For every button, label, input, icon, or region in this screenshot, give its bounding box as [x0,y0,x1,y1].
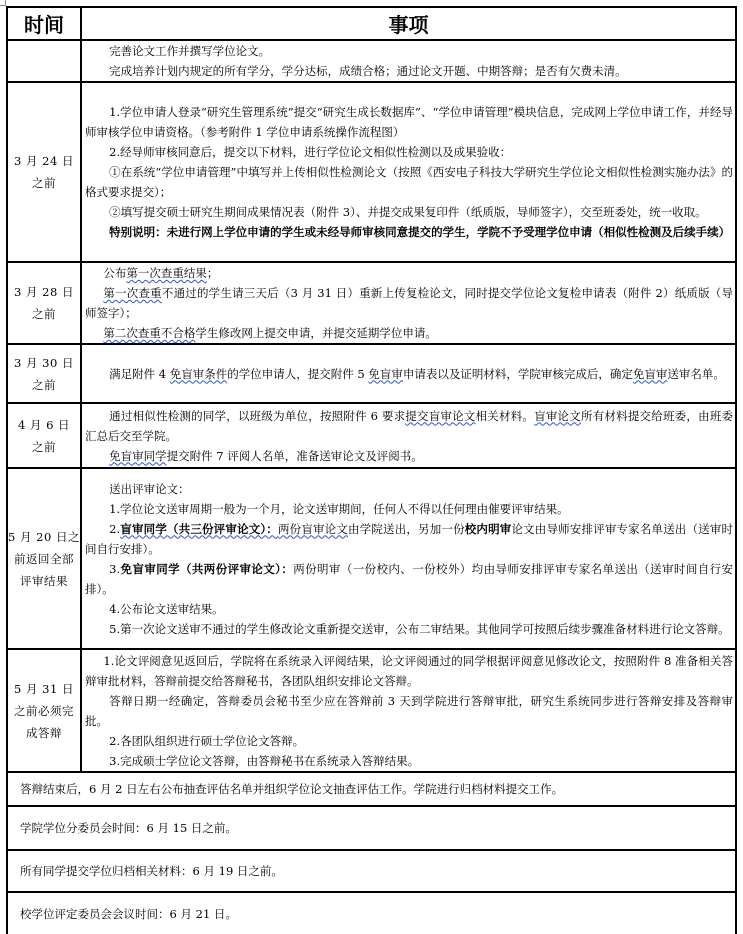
time-line: 5 月 20 日之 [8,526,80,548]
time-line: 3 月 30 日 [8,352,80,374]
time-line: 前返回全部 [8,548,80,570]
spellcheck-underline: 免盲审 [633,367,668,381]
table-row-full: 校学位评定委员会会议时间：6 月 21 日。 [7,892,736,934]
time-line: 之前必须完 [8,700,80,722]
time-line: 5 月 31 日 [8,678,80,700]
table-row: 3 月 30 日 之前 满足附件 4 免盲审条件的学位申请人，提交附件 5 免盲… [7,344,736,403]
header-time: 时间 [7,7,81,40]
time-line: 成答辩 [8,722,80,744]
item-line: 第二次查重不合格学生修改网上提交申请，并提交延期学位申请。 [85,323,733,343]
item-line: 送出评审论文： [85,479,733,499]
spellcheck-underline: 第二次查重不合格 [103,326,195,340]
item-line: 2.各团队组织进行硕士学位论文答辩。 [85,731,733,751]
time-cell: 3 月 30 日 之前 [7,344,81,403]
time-cell [7,40,81,82]
item-line: 第一次查重不通过的学生请三天后（3 月 31 日）重新上传复检论文，同时提交学位… [85,283,733,323]
time-line: 评审结果 [8,570,80,592]
full-cell: 所有同学提交学位归档相关材料：6 月 19 日之前。 [7,850,736,892]
item-line: ①在系统“学位申请管理”中填写并上传相似性检测论文（按照《西安电子科技大学研究生… [85,162,733,202]
time-cell: 3 月 28 日 之前 [7,262,81,344]
item-cell: 1.学位申请人登录“研究生管理系统”提交“研究生成长数据库”、“学位申请管理”模… [81,82,736,262]
table-row: 3 月 24 日 之前 1.学位申请人登录“研究生管理系统”提交“研究生成长数据… [7,82,736,262]
item-cell: 1.论文评阅意见返回后，学院将在系统录入评阅结果，论文评阅通过的同学根据评阅意见… [81,649,736,772]
time-line: 之前 [8,374,80,396]
spellcheck-underline: 免盲审同学 [109,449,167,463]
item-cell: 通过相似性检测的同学，以班级为单位，按照附件 6 要求提交盲审论文相关材料。盲审… [81,403,736,468]
item-line: 2.经导师审核同意后，提交以下材料，进行学位论文相似性检测以及成果验收： [85,142,733,162]
table-header-row: 时间 事项 [7,7,736,40]
full-cell: 学院学位分委员会时间：6 月 15 日之前。 [7,806,736,850]
item-line: 答辩日期一经确定，答辩委员会秘书至少应在答辩前 3 天到学院进行答辩审批，研究生… [85,691,733,731]
full-cell: 答辩结束后，6 月 2 日左右公布抽查评估名单并组织学位论文抽查评估工作。学院进… [7,772,736,806]
time-line: 之前 [8,436,80,458]
item-line: 完成培养计划内规定的所有学分，学分达标，成绩合格；通过论文开题、中期答辩；是否有… [85,61,733,81]
special-note: 特别说明：未进行网上学位申请的学生或未经导师审核同意提交的学生，学院不予受理学位… [85,222,733,242]
table-row: 4 月 6 日 之前 通过相似性检测的同学，以班级为单位，按照附件 6 要求提交… [7,403,736,468]
item-cell: 送出评审论文： 1.学位论文送审周期一般为一个月，论文送审期间，任何人不得以任何… [81,468,736,649]
item-line: 免盲审同学提交附件 7 评阅人名单，准备送审论文及评阅书。 [85,446,733,466]
item-cell: 完善论文工作并撰写学位论文。 完成培养计划内规定的所有学分，学分达标，成绩合格；… [81,40,736,82]
item-line: 5.第一次论文送审不通过的学生修改论文重新提交送审，公布二审结果。其他同学可按照… [85,619,733,639]
item-line: 通过相似性检测的同学，以班级为单位，按照附件 6 要求提交盲审论文相关材料。盲审… [85,406,733,446]
table-row: 5 月 31 日 之前必须完 成答辩 1.论文评阅意见返回后，学院将在系统录入评… [7,649,736,772]
spellcheck-underline: 两份盲审论文 [278,522,348,536]
table-row-full: 学院学位分委员会时间：6 月 15 日之前。 [7,806,736,850]
item-line: 4.公布论文送审结果。 [85,599,733,619]
spellcheck-underline: 第一次查重结果 [126,266,207,280]
item-cell: 满足附件 4 免盲审条件的学位申请人，提交附件 5 免盲审申请表以及证明材料，学… [81,344,736,403]
header-item: 事项 [81,7,736,40]
time-line: 3 月 28 日 [8,281,80,303]
item-cell: 公布第一次查重结果； 第一次查重不通过的学生请三天后（3 月 31 日）重新上传… [81,262,736,344]
spellcheck-underline: 提交盲审论文 [405,409,475,423]
time-line: 之前 [8,303,80,325]
spellcheck-underline: 免盲审条件 [170,367,228,381]
time-line: 3 月 24 日 [8,150,80,172]
item-line: 3.免盲审同学（共两份评审论文）：两份明审（一份校内、一份校外）均由导师安排评审… [85,559,733,599]
table-row: 3 月 28 日 之前 公布第一次查重结果； 第一次查重不通过的学生请三天后（3… [7,262,736,344]
item-line: 1.学位申请人登录“研究生管理系统”提交“研究生成长数据库”、“学位申请管理”模… [85,102,733,142]
item-line: 2.盲审同学（共三份评审论文）：两份盲审论文由学院送出，另加一份校内明审论文由导… [85,519,733,559]
schedule-table: 时间 事项 完善论文工作并撰写学位论文。 完成培养计划内规定的所有学分，学分达标… [6,6,737,934]
time-cell: 3 月 24 日 之前 [7,82,81,262]
item-line: 1.学位论文送审周期一般为一个月，论文送审期间，任何人不得以任何理由催要评审结果… [85,499,733,519]
time-cell: 4 月 6 日 之前 [7,403,81,468]
time-cell: 5 月 31 日 之前必须完 成答辩 [7,649,81,772]
time-line: 4 月 6 日 [8,414,80,436]
item-line: 3.完成硕士学位论文答辩，由答辩秘书在系统录入答辩结果。 [85,751,733,771]
spellcheck-underline: 盲审论文 [534,409,581,423]
time-line: 之前 [8,172,80,194]
spellcheck-underline: 免盲审 [368,367,403,381]
table-row-full: 答辩结束后，6 月 2 日左右公布抽查评估名单并组织学位论文抽查评估工作。学院进… [7,772,736,806]
spellcheck-underline: 第一次查重 [103,286,162,300]
table-row-full: 所有同学提交学位归档相关材料：6 月 19 日之前。 [7,850,736,892]
full-cell: 校学位评定委员会会议时间：6 月 21 日。 [7,892,736,934]
item-line: 公布第一次查重结果； [85,263,733,283]
item-line: 1.论文评阅意见返回后，学院将在系统录入评阅结果，论文评阅通过的同学根据评阅意见… [85,651,733,691]
item-line: 满足附件 4 免盲审条件的学位申请人，提交附件 5 免盲审申请表以及证明材料，学… [85,364,733,384]
time-cell: 5 月 20 日之 前返回全部 评审结果 [7,468,81,649]
table-row: 完善论文工作并撰写学位论文。 完成培养计划内规定的所有学分，学分达标，成绩合格；… [7,40,736,82]
item-line: ②填写提交硕士研究生期间成果情况表（附件 3）、并提交成果复印件（纸质版，导师签… [85,202,733,222]
item-line: 完善论文工作并撰写学位论文。 [85,41,733,61]
table-row: 5 月 20 日之 前返回全部 评审结果 送出评审论文： 1.学位论文送审周期一… [7,468,736,649]
